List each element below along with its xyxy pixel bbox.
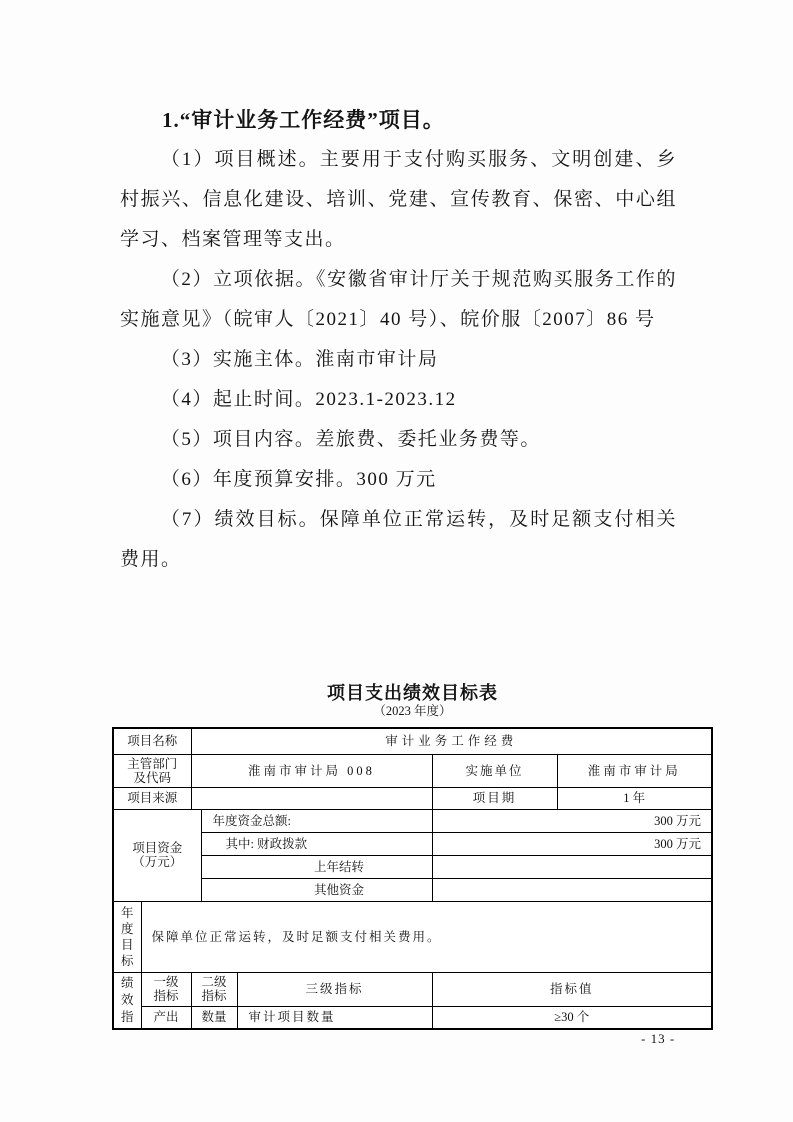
document-page: 1.“审计业务工作经费”项目。 （1）项目概述。主要用于支付购买服务、文明创建、… (0, 0, 793, 1122)
page-number: - 13 - (641, 1031, 675, 1047)
cell-funds-carryover-label: 上年结转 (201, 856, 432, 879)
cell-funds-total-label: 年度资金总额: (201, 810, 432, 833)
paragraph-budget: （6）年度预算安排。300 万元 (120, 460, 677, 500)
cell-header-value: 指标值 (432, 973, 711, 1007)
cell-dept-value: 淮南市审计局 008 (191, 754, 432, 787)
paragraph-overview: （1）项目概述。主要用于支付购买服务、文明创建、乡村振兴、信息化建设、培训、党建… (120, 140, 677, 260)
cell-project-period-label: 项目期 (432, 787, 557, 809)
cell-project-source-value (191, 787, 432, 809)
body-text: 1.“审计业务工作经费”项目。 （1）项目概述。主要用于支付购买服务、文明创建、… (120, 100, 677, 580)
cell-project-name-label: 项目名称 (114, 729, 191, 754)
table-subtitle: （2023 年度） (112, 704, 713, 719)
paragraph-goal: （7）绩效目标。保障单位正常运转，及时足额支付相关费用。 (120, 500, 677, 580)
cell-header-level3: 三级指标 (237, 973, 432, 1007)
table-section-indicators: 绩效指 一级 指标 二级 指标 三级指标 指标值 产出 数量 审计项目数量 ≥3… (114, 973, 711, 1028)
paragraph-basis: （2）立项依据。《安徽省审计厅关于规范购买服务工作的实施意见》（皖审人〔2021… (120, 260, 677, 340)
cell-indicators-label: 绩效指 (114, 973, 141, 1028)
cell-funds-other-label: 其他资金 (201, 879, 432, 902)
table-title: 项目支出绩效目标表 (112, 682, 713, 704)
cell-funds-carryover-value (432, 856, 711, 879)
cell-project-source-label: 项目来源 (114, 787, 191, 809)
cell-indicator-level1: 产出 (141, 1007, 191, 1028)
paragraph-content: （5）项目内容。差旅费、委托业务费等。 (120, 420, 677, 460)
performance-target-table: 项目支出绩效目标表 （2023 年度） 项目名称 审计业务工作经费 主管部门 及… (112, 682, 713, 1030)
table-section-annual-goal: 年度目标 保障单位正常运转，及时足额支付相关费用。 (114, 902, 711, 973)
cell-funds-total-value: 300 万元 (432, 810, 711, 833)
cell-impl-unit-label: 实施单位 (432, 754, 557, 787)
paragraph-implementer: （3）实施主体。淮南市审计局 (120, 340, 677, 380)
cell-indicator-level3: 审计项目数量 (237, 1007, 432, 1028)
paragraph-timespan: （4）起止时间。2023.1-2023.12 (120, 380, 677, 420)
cell-funds-label: 项目资金 （万元） (114, 810, 201, 902)
cell-indicator-level2: 数量 (191, 1007, 237, 1028)
section-heading: 1.“审计业务工作经费”项目。 (120, 100, 677, 140)
cell-annual-goal-label: 年度目标 (114, 902, 141, 972)
cell-header-level1: 一级 指标 (141, 973, 191, 1007)
cell-indicator-value: ≥30 个 (432, 1007, 711, 1028)
cell-header-level2: 二级 指标 (191, 973, 237, 1007)
cell-funds-fiscal-value: 300 万元 (432, 833, 711, 856)
cell-funds-other-value (432, 879, 711, 902)
cell-impl-unit-value: 淮南市审计局 (557, 754, 711, 787)
table-section-funds: 项目资金 （万元） 年度资金总额: 300 万元 其中: 财政拨款 300 万元… (114, 810, 711, 903)
cell-dept-label: 主管部门 及代码 (114, 754, 191, 787)
cell-project-name-value: 审计业务工作经费 (191, 729, 711, 754)
cell-annual-goal-content: 保障单位正常运转，及时足额支付相关费用。 (141, 902, 711, 972)
table-section-basic: 项目名称 审计业务工作经费 主管部门 及代码 淮南市审计局 008 实施单位 淮… (114, 729, 711, 810)
cell-funds-fiscal-label: 其中: 财政拨款 (201, 833, 432, 856)
cell-project-period-value: 1 年 (557, 787, 711, 809)
table-grid: 项目名称 审计业务工作经费 主管部门 及代码 淮南市审计局 008 实施单位 淮… (112, 727, 713, 1030)
